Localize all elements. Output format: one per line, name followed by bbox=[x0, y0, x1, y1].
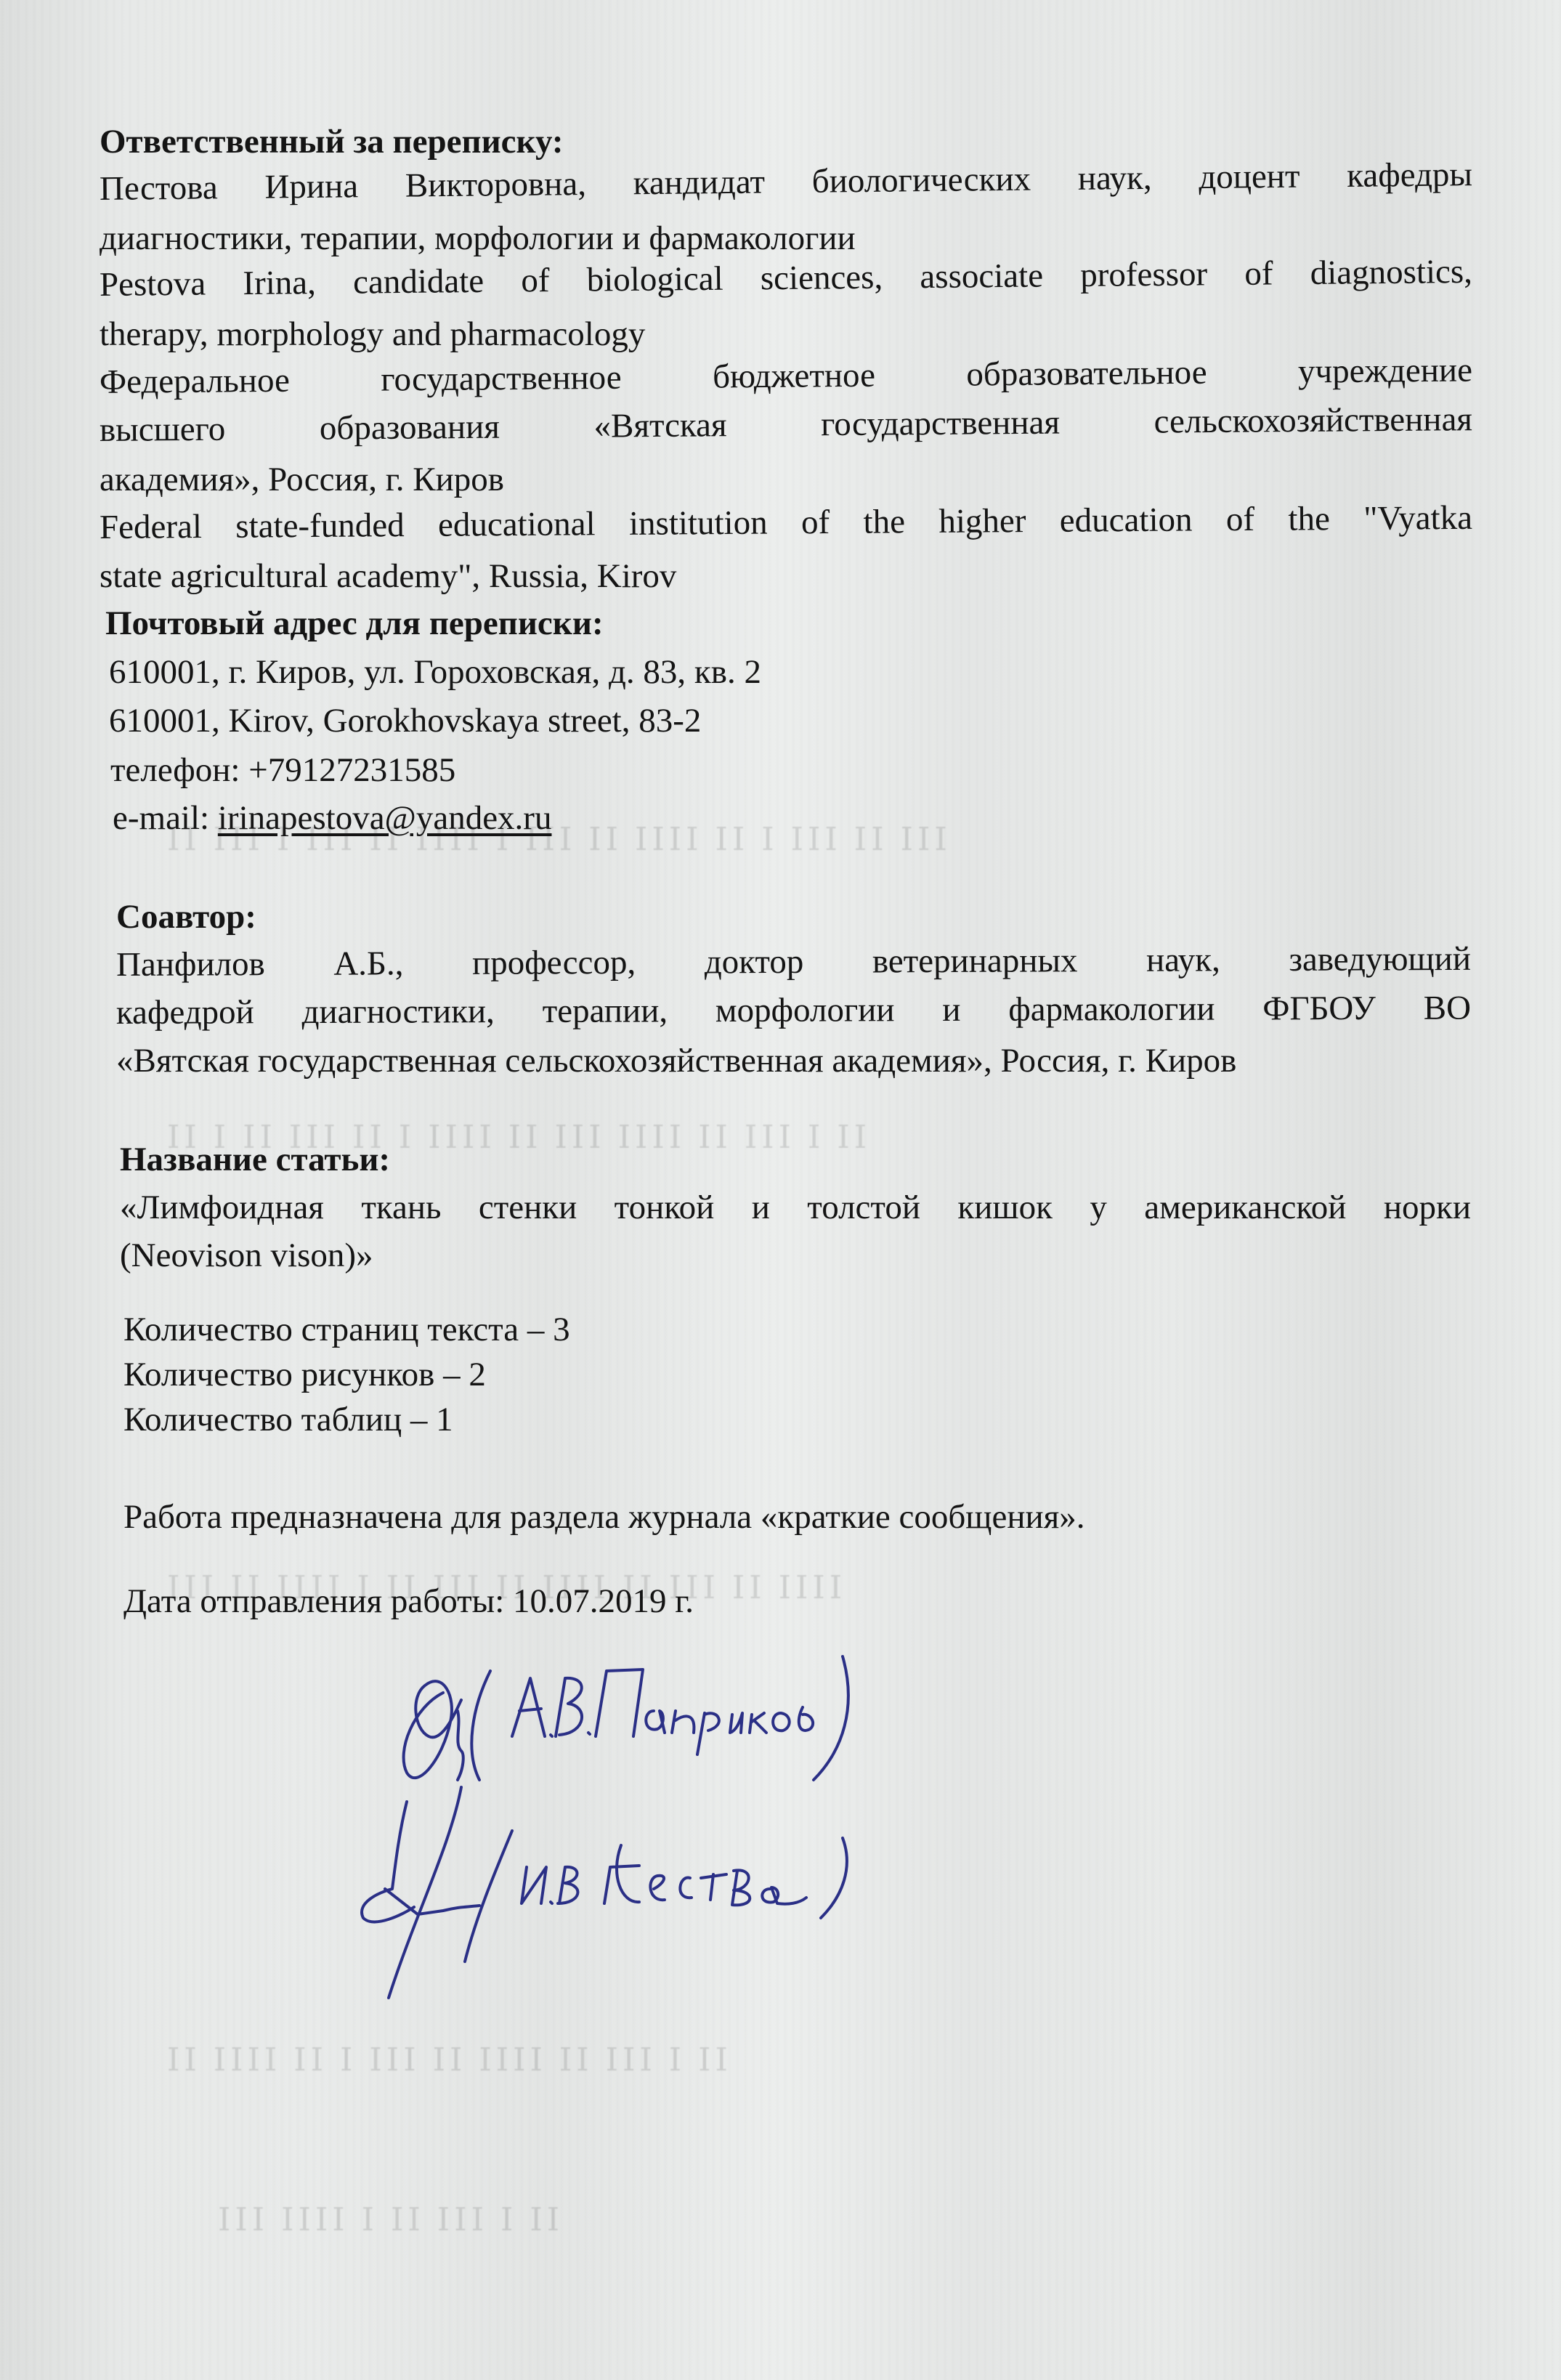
bleed-through-ghost-text: ⅠⅠⅠ ⅠⅠⅠⅠ Ⅰ ⅠⅠ ⅠⅠⅠ Ⅰ ⅠⅠ bbox=[218, 2201, 564, 2238]
tables-count: Количество таблиц – 1 bbox=[123, 1398, 453, 1441]
corresponding-author-name-ru-line2: диагностики, терапии, морфологии и фарма… bbox=[100, 216, 856, 260]
email-label: e-mail: bbox=[113, 799, 209, 837]
send-date: Дата отправления работы: 10.07.2019 г. bbox=[123, 1579, 694, 1623]
institution-ru-line3: академия», Россия, г. Киров bbox=[100, 458, 504, 501]
postal-address-en: 610001, Kirov, Gorokhovskaya street, 83-… bbox=[109, 699, 701, 742]
coauthor-line3: «Вятская государственная сельскохозяйств… bbox=[116, 1039, 1236, 1082]
email-line: e-mail: irinapestova@yandex.ru bbox=[113, 796, 551, 840]
phone-number: +79127231585 bbox=[248, 751, 455, 789]
figures-count: Количество рисунков – 2 bbox=[123, 1353, 486, 1396]
coauthor-line2: кафедрой диагностики, терапии, морфологи… bbox=[116, 986, 1471, 1035]
signature-pestova-name bbox=[465, 1831, 847, 1962]
article-title-line1: «Лимфоидная ткань стенки тонкой и толсто… bbox=[120, 1186, 1471, 1229]
email-link[interactable]: irinapestova@yandex.ru bbox=[218, 799, 552, 837]
signature-panfilov-mark bbox=[404, 1681, 463, 1780]
journal-section-note: Работа предназначена для раздела журнала… bbox=[123, 1495, 1085, 1539]
text-pages-count: Количество страниц текста – 3 bbox=[123, 1308, 570, 1351]
article-title-line2: (Neovison vison)» bbox=[120, 1234, 373, 1277]
phone-label: телефон: bbox=[110, 751, 240, 789]
bleed-through-ghost-text: ⅠⅠ ⅠⅠⅠⅠ ⅠⅠ Ⅰ ⅠⅠⅠ ⅠⅠ ⅠⅠⅠⅠ ⅠⅠ ⅠⅠⅠ Ⅰ ⅠⅠ bbox=[167, 2041, 732, 2079]
corresponding-author-heading: Ответственный за переписку: bbox=[100, 120, 563, 163]
signatures-block bbox=[334, 1627, 1133, 2005]
postal-address-heading: Почтовый адрес для переписки: bbox=[105, 602, 604, 645]
coauthor-heading: Соавтор: bbox=[116, 895, 256, 939]
corresponding-author-name-en-line2: therapy, morphology and pharmacology bbox=[100, 312, 645, 356]
postal-address-ru: 610001, г. Киров, ул. Гороховская, д. 83… bbox=[109, 650, 761, 694]
phone-line: телефон: +79127231585 bbox=[110, 748, 455, 792]
institution-en-line2: state agricultural academy", Russia, Kir… bbox=[100, 554, 676, 598]
signature-panfilov-name bbox=[471, 1656, 848, 1780]
article-title-heading: Название статьи: bbox=[120, 1138, 390, 1181]
coauthor-line1: Панфилов А.Б., профессор, доктор ветерин… bbox=[116, 937, 1471, 987]
signature-pestova-mark bbox=[362, 1787, 479, 1998]
